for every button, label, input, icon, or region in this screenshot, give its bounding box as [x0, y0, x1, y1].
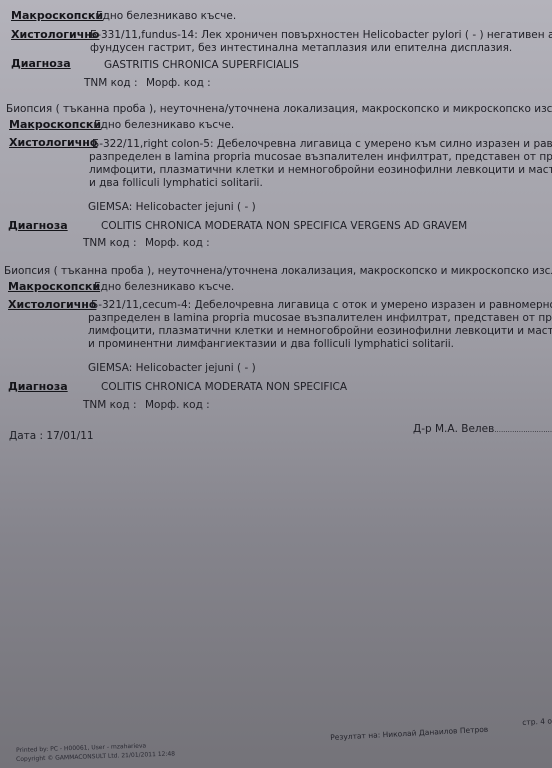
histo-line-2-2: разпределен в lamina propria mucosae въз… [89, 151, 552, 163]
histo-line-3-2: разпределен в lamina propria mucosae въз… [88, 312, 552, 324]
macro-text-2: Едно белезникаво късче. [94, 119, 234, 131]
histo-line-2-4: и два folliculi lymphatici solitarii. [89, 177, 263, 189]
histo-label-3: Хистологично [8, 298, 96, 311]
doctor-name: Д-р М.А. Велев [413, 423, 494, 435]
macro-label-3: Макроскопски [8, 280, 100, 293]
morph-code-2: Морф. код : [145, 237, 210, 249]
macro-label-1: Макроскопски [11, 9, 103, 22]
diagnosis-label-2: Диагноза [8, 219, 68, 232]
diagnosis-text-1: GASTRITIS CHRONICA SUPERFICIALIS [104, 59, 299, 71]
diagnosis-text-2: COLITIS CHRONICA MODERATA NON SPECIFICA … [101, 220, 467, 232]
giemsa-2: GIEMSA: Helicobacter jejuni ( - ) [88, 201, 256, 213]
histo-line-3-1: Б-321/11,cecum-4: Дебелочревна лигавица … [91, 299, 552, 311]
doctor-signature: Д-р М.А. Велев..........................… [413, 423, 552, 435]
histo-line-1-1: Б-331/11,fundus-14: Лек хроничен повърхн… [90, 29, 552, 41]
morph-code-1: Морф. код : [146, 77, 211, 89]
histo-label-2: Хистологично [9, 136, 97, 149]
biopsy-header-2: Биопсия ( тъканна проба ), неуточнена/ут… [6, 103, 552, 115]
macro-text-1: Едно белезникаво късче. [96, 10, 236, 22]
signature-line: ............................... [494, 426, 552, 434]
macro-label-2: Макроскопски [9, 118, 101, 131]
report-date: Дата : 17/01/11 [9, 430, 94, 442]
diagnosis-label-1: Диагноза [11, 57, 71, 70]
histo-label-1: Хистологично [11, 28, 99, 41]
giemsa-3: GIEMSA: Helicobacter jejuni ( - ) [88, 362, 256, 374]
diagnosis-text-3: COLITIS CHRONICA MODERATA NON SPECIFICA [101, 381, 347, 393]
morph-code-3: Морф. код : [145, 399, 210, 411]
tnm-code-3: TNM код : [83, 399, 137, 411]
tnm-code-1: TNM код : [84, 77, 138, 89]
footer-result-for: Резултат на: Николай Данаилов Петров [330, 725, 488, 742]
histo-line-1-2: фундусен гастрит, без интестинална метап… [90, 42, 512, 54]
macro-text-3: Едно белезникаво късче. [94, 281, 234, 293]
histo-line-2-1: Б-322/11,right colon-5: Дебелочревна лиг… [92, 138, 552, 150]
histo-line-3-3: лимфоцити, плазматични клетки и немногоб… [88, 325, 552, 337]
histo-line-2-3: лимфоцити, плазматични клетки и немногоб… [89, 164, 552, 176]
diagnosis-label-3: Диагноза [8, 380, 68, 393]
histo-line-3-4: и проминентни лимфангиектазии и два foll… [88, 338, 454, 350]
tnm-code-2: TNM код : [83, 237, 137, 249]
footer-page-number: стр. 4 от [522, 716, 552, 727]
biopsy-header-3: Биопсия ( тъканна проба ), неуточнена/ут… [4, 265, 552, 277]
